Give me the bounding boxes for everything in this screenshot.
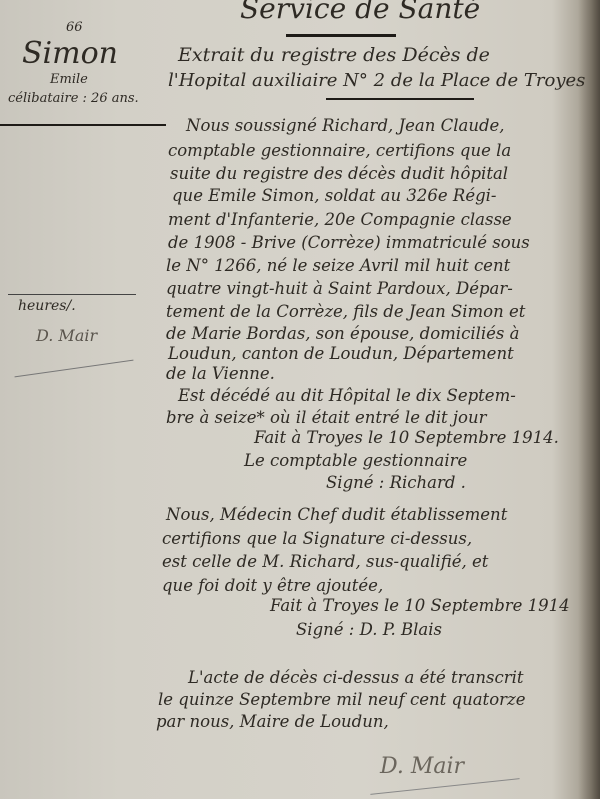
margin-divider (0, 124, 166, 126)
margin-given-name: Emile (50, 72, 88, 87)
entry-number: 66 (66, 20, 83, 35)
body-line: Signé : Richard . (326, 473, 466, 492)
body-line: Nous soussigné Richard, Jean Claude, (186, 116, 505, 135)
body-line: tement de la Corrèze, fils de Jean Simon… (166, 302, 525, 321)
certification-line: certifions que la Signature ci-dessus, (162, 529, 472, 548)
book-binding-shadow (578, 0, 600, 799)
body-line: comptable gestionnaire, certifions que l… (168, 141, 511, 160)
body-line: quatre vingt-huit à Saint Pardoux, Dépar… (166, 279, 513, 298)
margin-status: célibataire : 26 ans. (8, 91, 139, 106)
certification-line: Fait à Troyes le 10 Septembre 1914 (270, 596, 570, 615)
body-line: Fait à Troyes le 10 Septembre 1914. (254, 428, 559, 447)
transcription-line: L'acte de décès ci-dessus a été transcri… (188, 668, 524, 687)
body-line: ment d'Infanterie, 20e Compagnie classe (168, 210, 512, 229)
certification-line: est celle de M. Richard, sus-qualifié, e… (162, 552, 488, 571)
margin-sign-flourish (15, 360, 134, 378)
register-page: 66 Simon Emile célibataire : 26 ans. heu… (0, 0, 600, 799)
mayor-signature: D. Mair (380, 754, 464, 779)
body-line: Loudun, canton de Loudun, Département (168, 344, 514, 363)
transcription-line: par nous, Maire de Loudun, (156, 712, 389, 731)
body-line: Le comptable gestionnaire (244, 451, 467, 470)
certification-line: que foi doit y être ajoutée, (162, 576, 383, 595)
margin-initials: D. Mair (36, 326, 97, 345)
body-line: de Marie Bordas, son épouse, domiciliés … (166, 324, 519, 343)
body-line: de 1908 - Brive (Corrèze) immatriculé so… (168, 233, 530, 252)
margin-note: heures/. (18, 298, 76, 314)
transcription-line: le quinze Septembre mil neuf cent quator… (158, 690, 525, 709)
body-line: le N° 1266, né le seize Avril mil huit c… (166, 256, 510, 275)
margin-surname: Simon (22, 36, 118, 71)
body-line: Est décédé au dit Hôpital le dix Septem- (178, 386, 516, 405)
body-line: que Emile Simon, soldat au 326e Régi- (172, 186, 497, 205)
certification-line: Signé : D. P. Blais (296, 620, 442, 639)
body-line: de la Vienne. (166, 364, 275, 383)
margin-note-divider (8, 294, 136, 295)
subtitle-line-1: Extrait du registre des Décès de (178, 44, 490, 66)
body-line: suite du registre des décès dudit hôpita… (170, 164, 508, 183)
subtitle-underline (326, 98, 474, 100)
certification-line: Nous, Médecin Chef dudit établissement (166, 505, 507, 524)
document-title: Service de Santé (240, 0, 480, 25)
signature-flourish (370, 778, 519, 795)
title-underline (286, 34, 396, 37)
subtitle-line-2: l'Hopital auxiliaire N° 2 de la Place de… (168, 70, 585, 91)
body-line: bre à seize* où il était entré le dit jo… (166, 408, 486, 427)
